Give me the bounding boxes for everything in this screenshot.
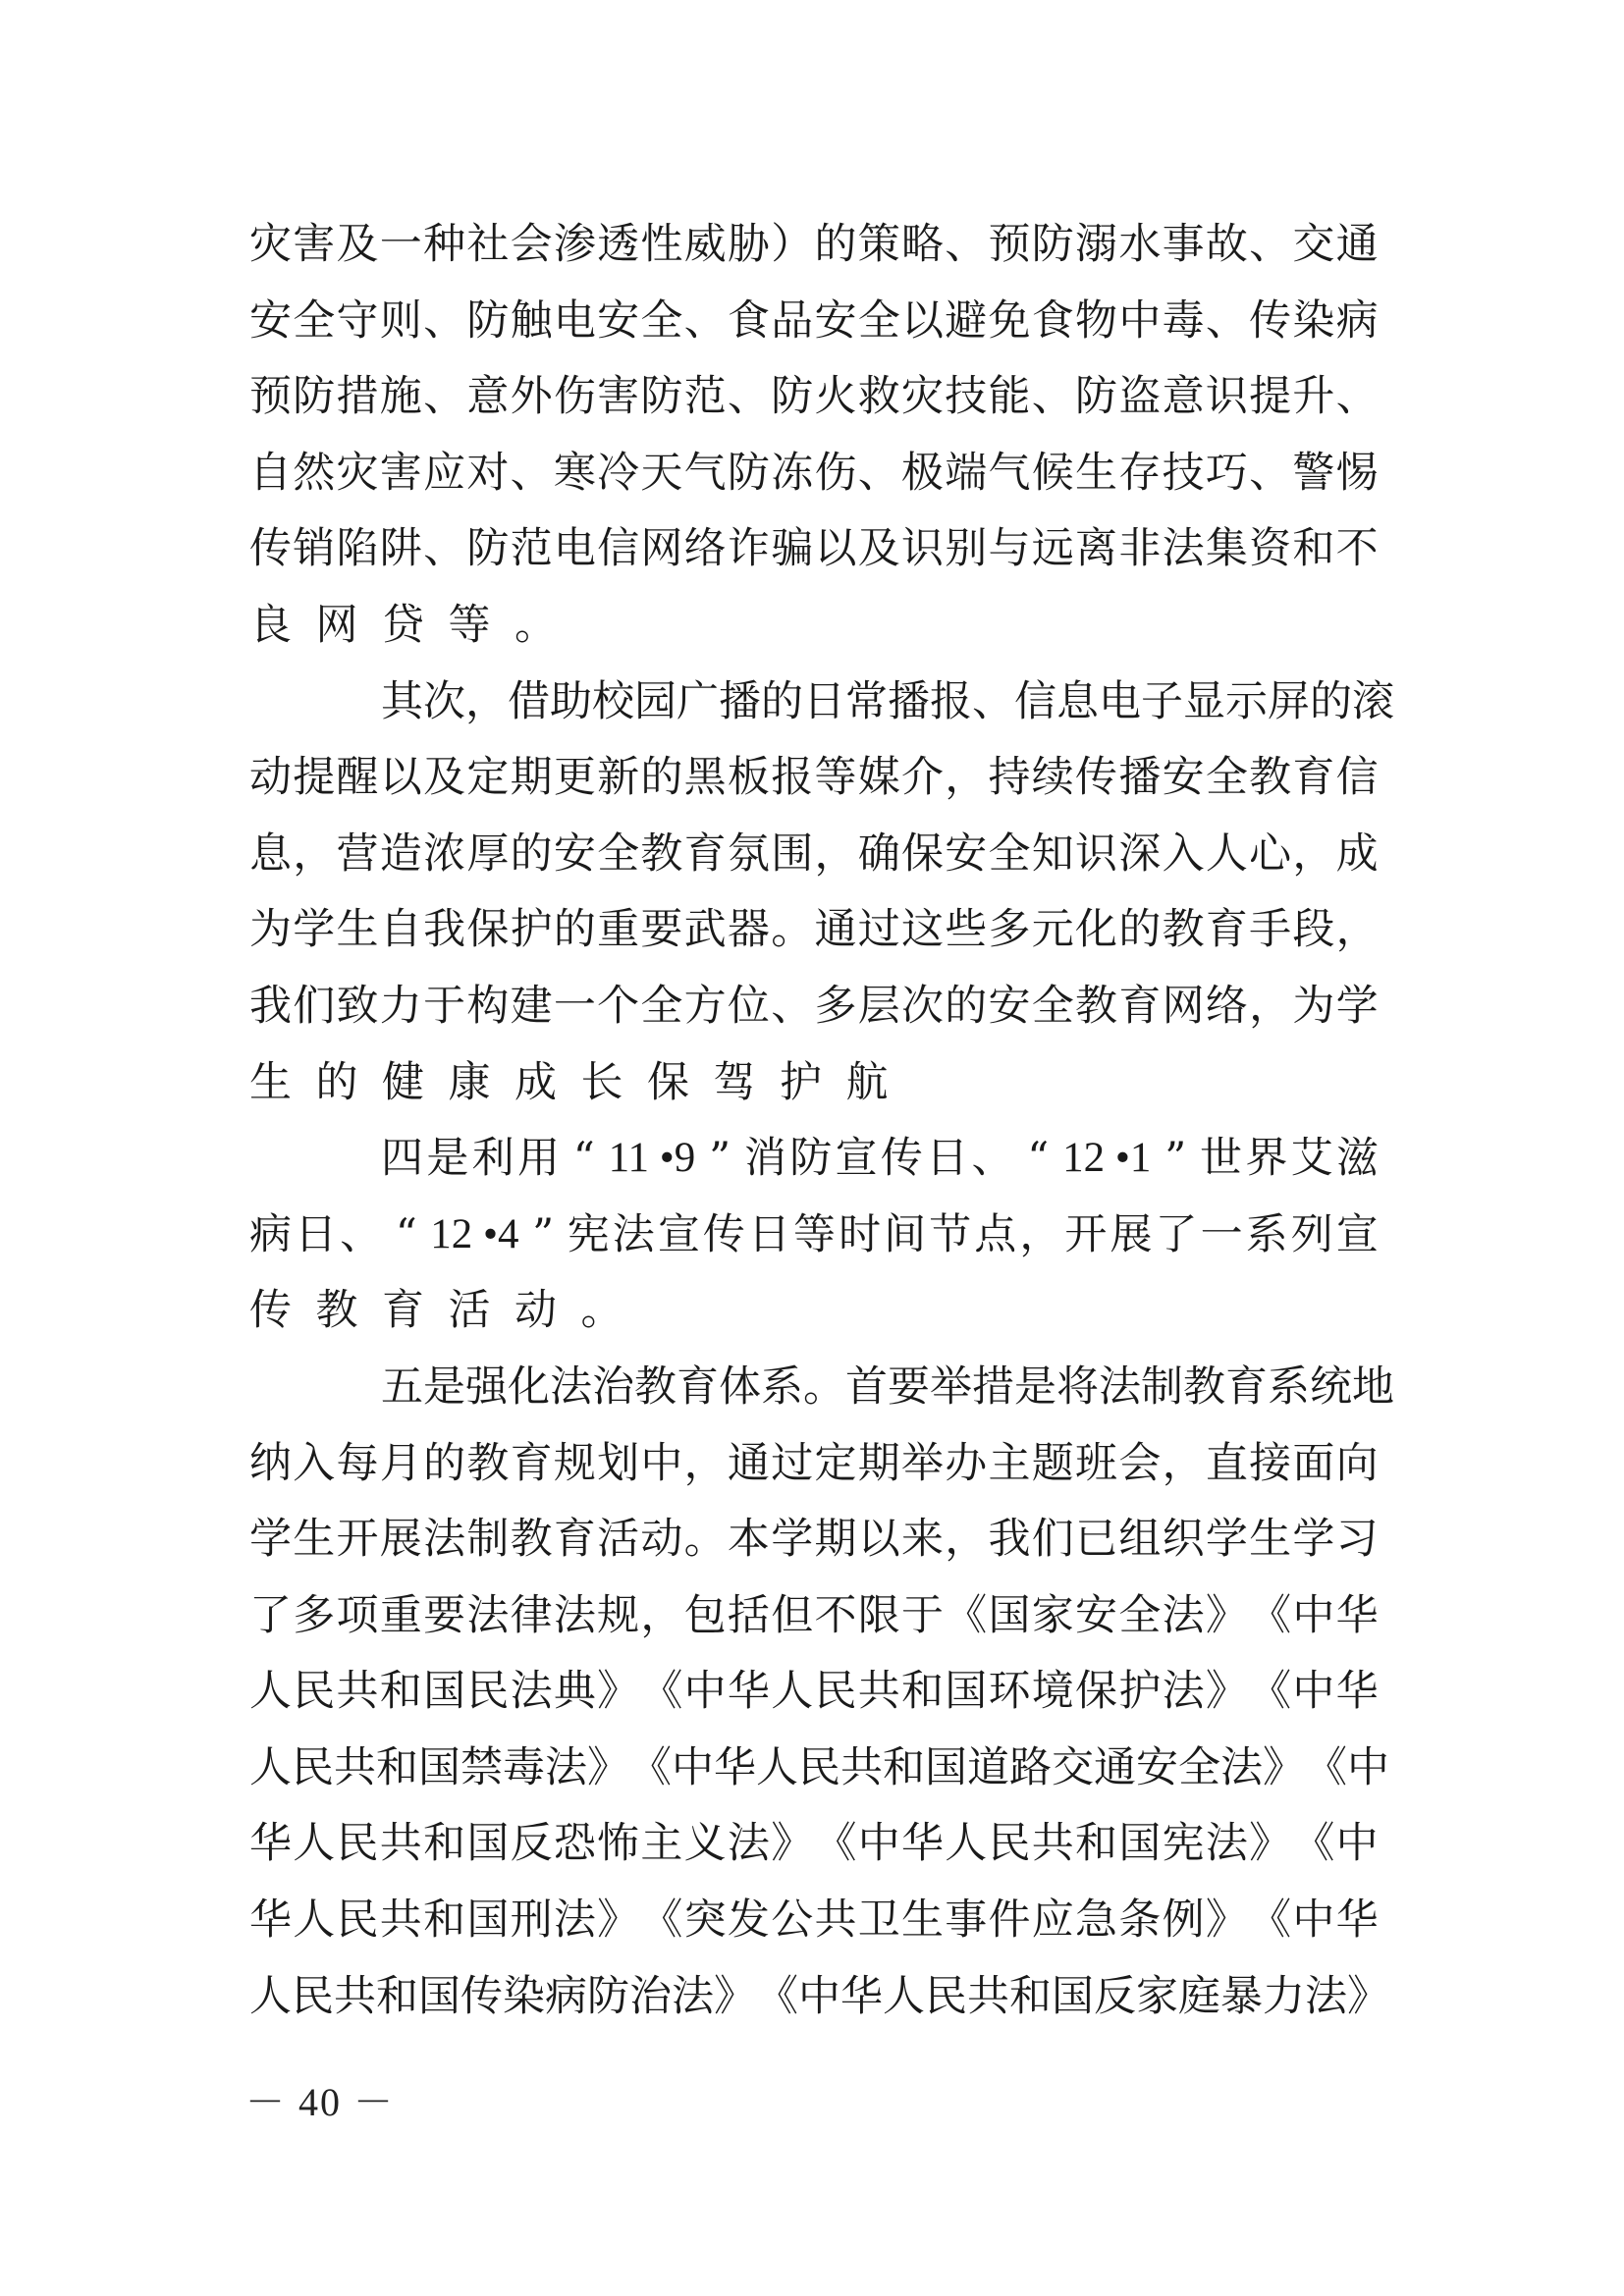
paragraph-legal-education-line: 人民共和国禁毒法》《中华人民共和国道路交通安全法》《中 (249, 1741, 1379, 1818)
page-number: － 40 － (245, 2079, 395, 2126)
paragraph-campus-media-line: 生的健康成长保驾护航 (249, 1056, 1379, 1133)
paragraph-campus-media-line: 动提醒以及定期更新的黑板报等媒介，持续传播安全教育信 (249, 751, 1379, 828)
document-page: 灾害及一种社会渗透性威胁）的策略、预防溺水事故、交通安全守则、防触电安全、食品安… (0, 0, 1624, 2296)
paragraph-legal-education-line: 人民共和国传染病防治法》《中华人民共和国反家庭暴力法》 (249, 1970, 1379, 2047)
paragraph-safety-topics-continued-line: 灾害及一种社会渗透性威胁）的策略、预防溺水事故、交通 (249, 218, 1379, 294)
paragraph-legal-education-line: 华人民共和国反恐怖主义法》《中华人民共和国宪法》《中 (249, 1817, 1379, 1894)
paragraph-campus-media-line: 为学生自我保护的重要武器。通过这些多元化的教育手段， (249, 903, 1379, 980)
paragraph-legal-education-line: 了多项重要法律法规，包括但不限于《国家安全法》《中华 (249, 1589, 1379, 1666)
paragraph-safety-topics-continued-line: 预防措施、意外伤害防范、防火救灾技能、防盗意识提升、 (249, 370, 1379, 447)
paragraph-safety-topics-continued-line: 自然灾害应对、寒冷天气防冻伤、极端气候生存技巧、警惕 (249, 447, 1379, 523)
paragraph-campus-media-line: 其次，借助校园广播的日常播报、信息电子显示屏的滚 (249, 675, 1379, 752)
paragraph-campus-media-line: 我们致力于构建一个全方位、多层次的安全教育网络，为学 (249, 980, 1379, 1056)
paragraph-awareness-days-line: 四是利用“11 •9”消防宣传日、“12 •1 ”世界艾滋 (249, 1132, 1379, 1208)
paragraph-safety-topics-continued-line: 安全守则、防触电安全、食品安全以避免食物中毒、传染病 (249, 294, 1379, 371)
paragraph-campus-media-line: 息，营造浓厚的安全教育氛围，确保安全知识深入人心，成 (249, 828, 1379, 904)
paragraph-legal-education-line: 纳入每月的教育规划中，通过定期举办主题班会，直接面向 (249, 1437, 1379, 1514)
paragraph-legal-education-line: 五是强化法治教育体系。首要举措是将法制教育系统地 (249, 1361, 1379, 1437)
paragraph-legal-education-line: 学生开展法制教育活动。本学期以来，我们已组织学生学习 (249, 1513, 1379, 1589)
paragraph-safety-topics-continued-line: 良网贷等。 (249, 599, 1379, 675)
paragraph-legal-education-line: 华人民共和国刑法》《突发公共卫生事件应急条例》《中华 (249, 1894, 1379, 1970)
paragraph-legal-education-line: 人民共和国民法典》《中华人民共和国环境保护法》《中华 (249, 1665, 1379, 1741)
paragraph-awareness-days-line: 传教育活动。 (249, 1284, 1379, 1361)
paragraph-safety-topics-continued-line: 传销陷阱、防范电信网络诈骗以及识别与远离非法集资和不 (249, 522, 1379, 599)
paragraph-awareness-days-line: 病日、“12 •4”宪法宣传日等时间节点，开展了一系列宣 (249, 1208, 1379, 1285)
body-text: 灾害及一种社会渗透性威胁）的策略、预防溺水事故、交通安全守则、防触电安全、食品安… (249, 218, 1379, 2046)
